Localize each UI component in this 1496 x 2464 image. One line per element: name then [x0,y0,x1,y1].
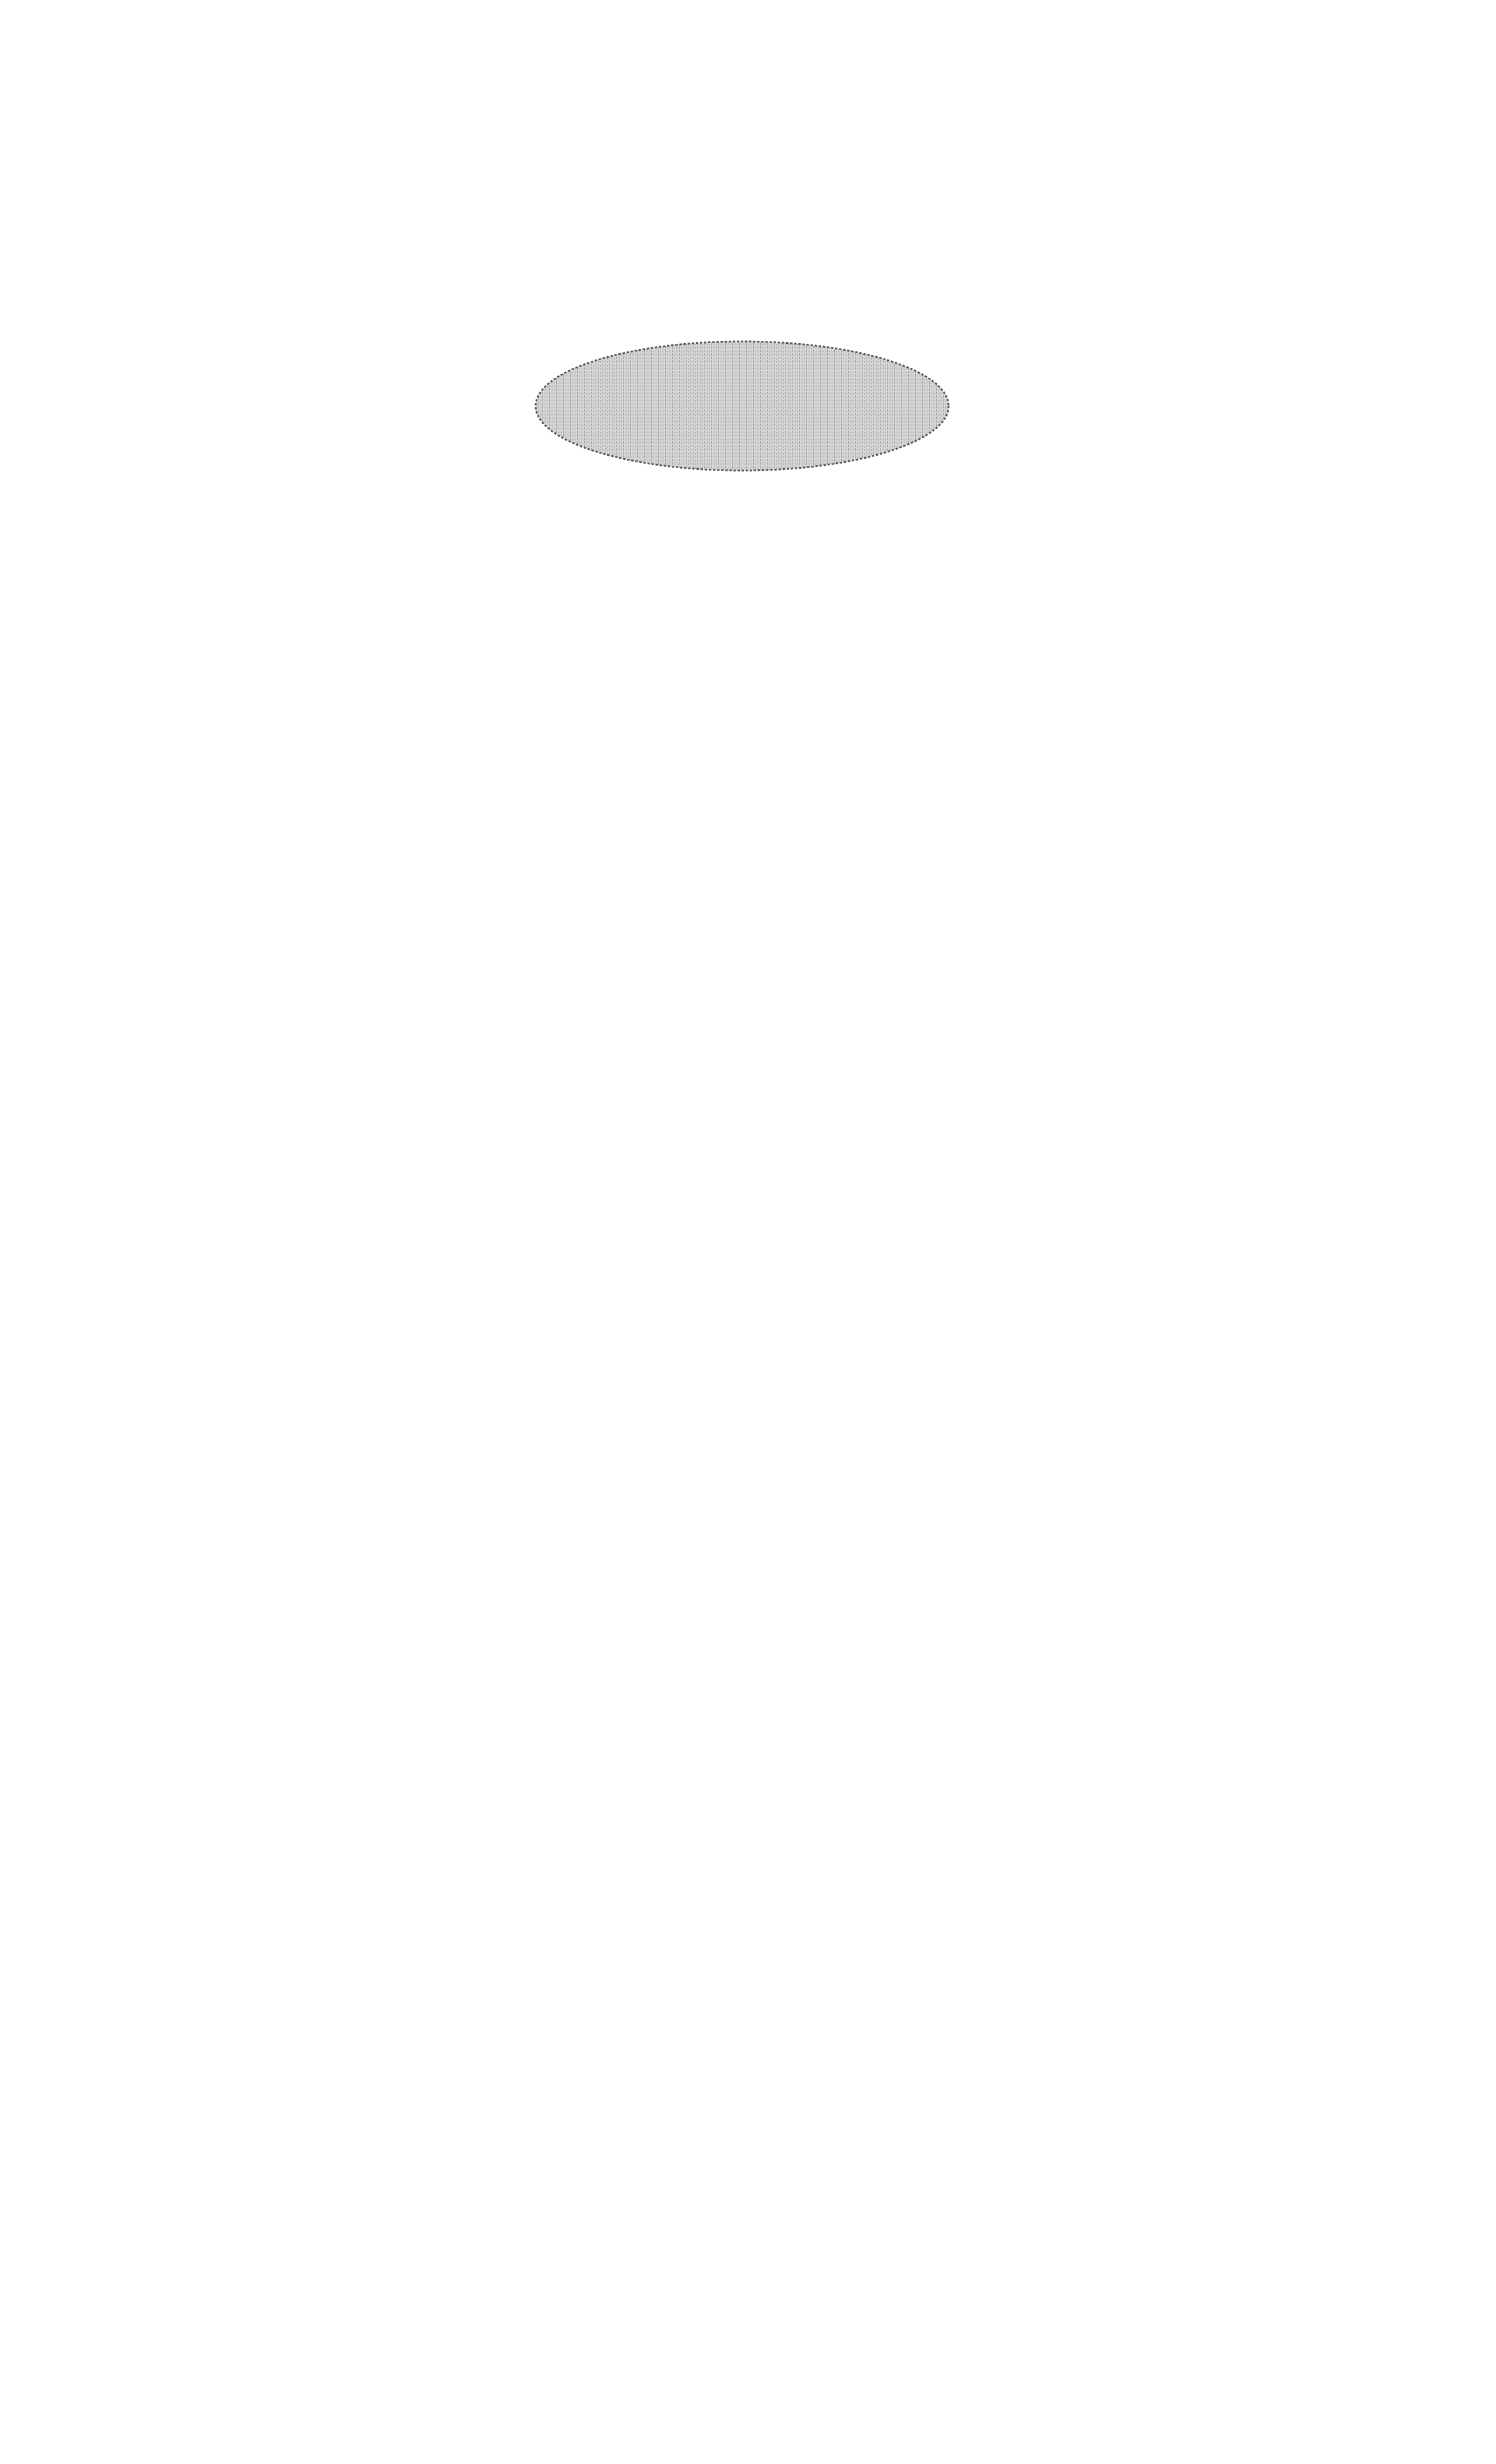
rost-logo [531,339,953,473]
